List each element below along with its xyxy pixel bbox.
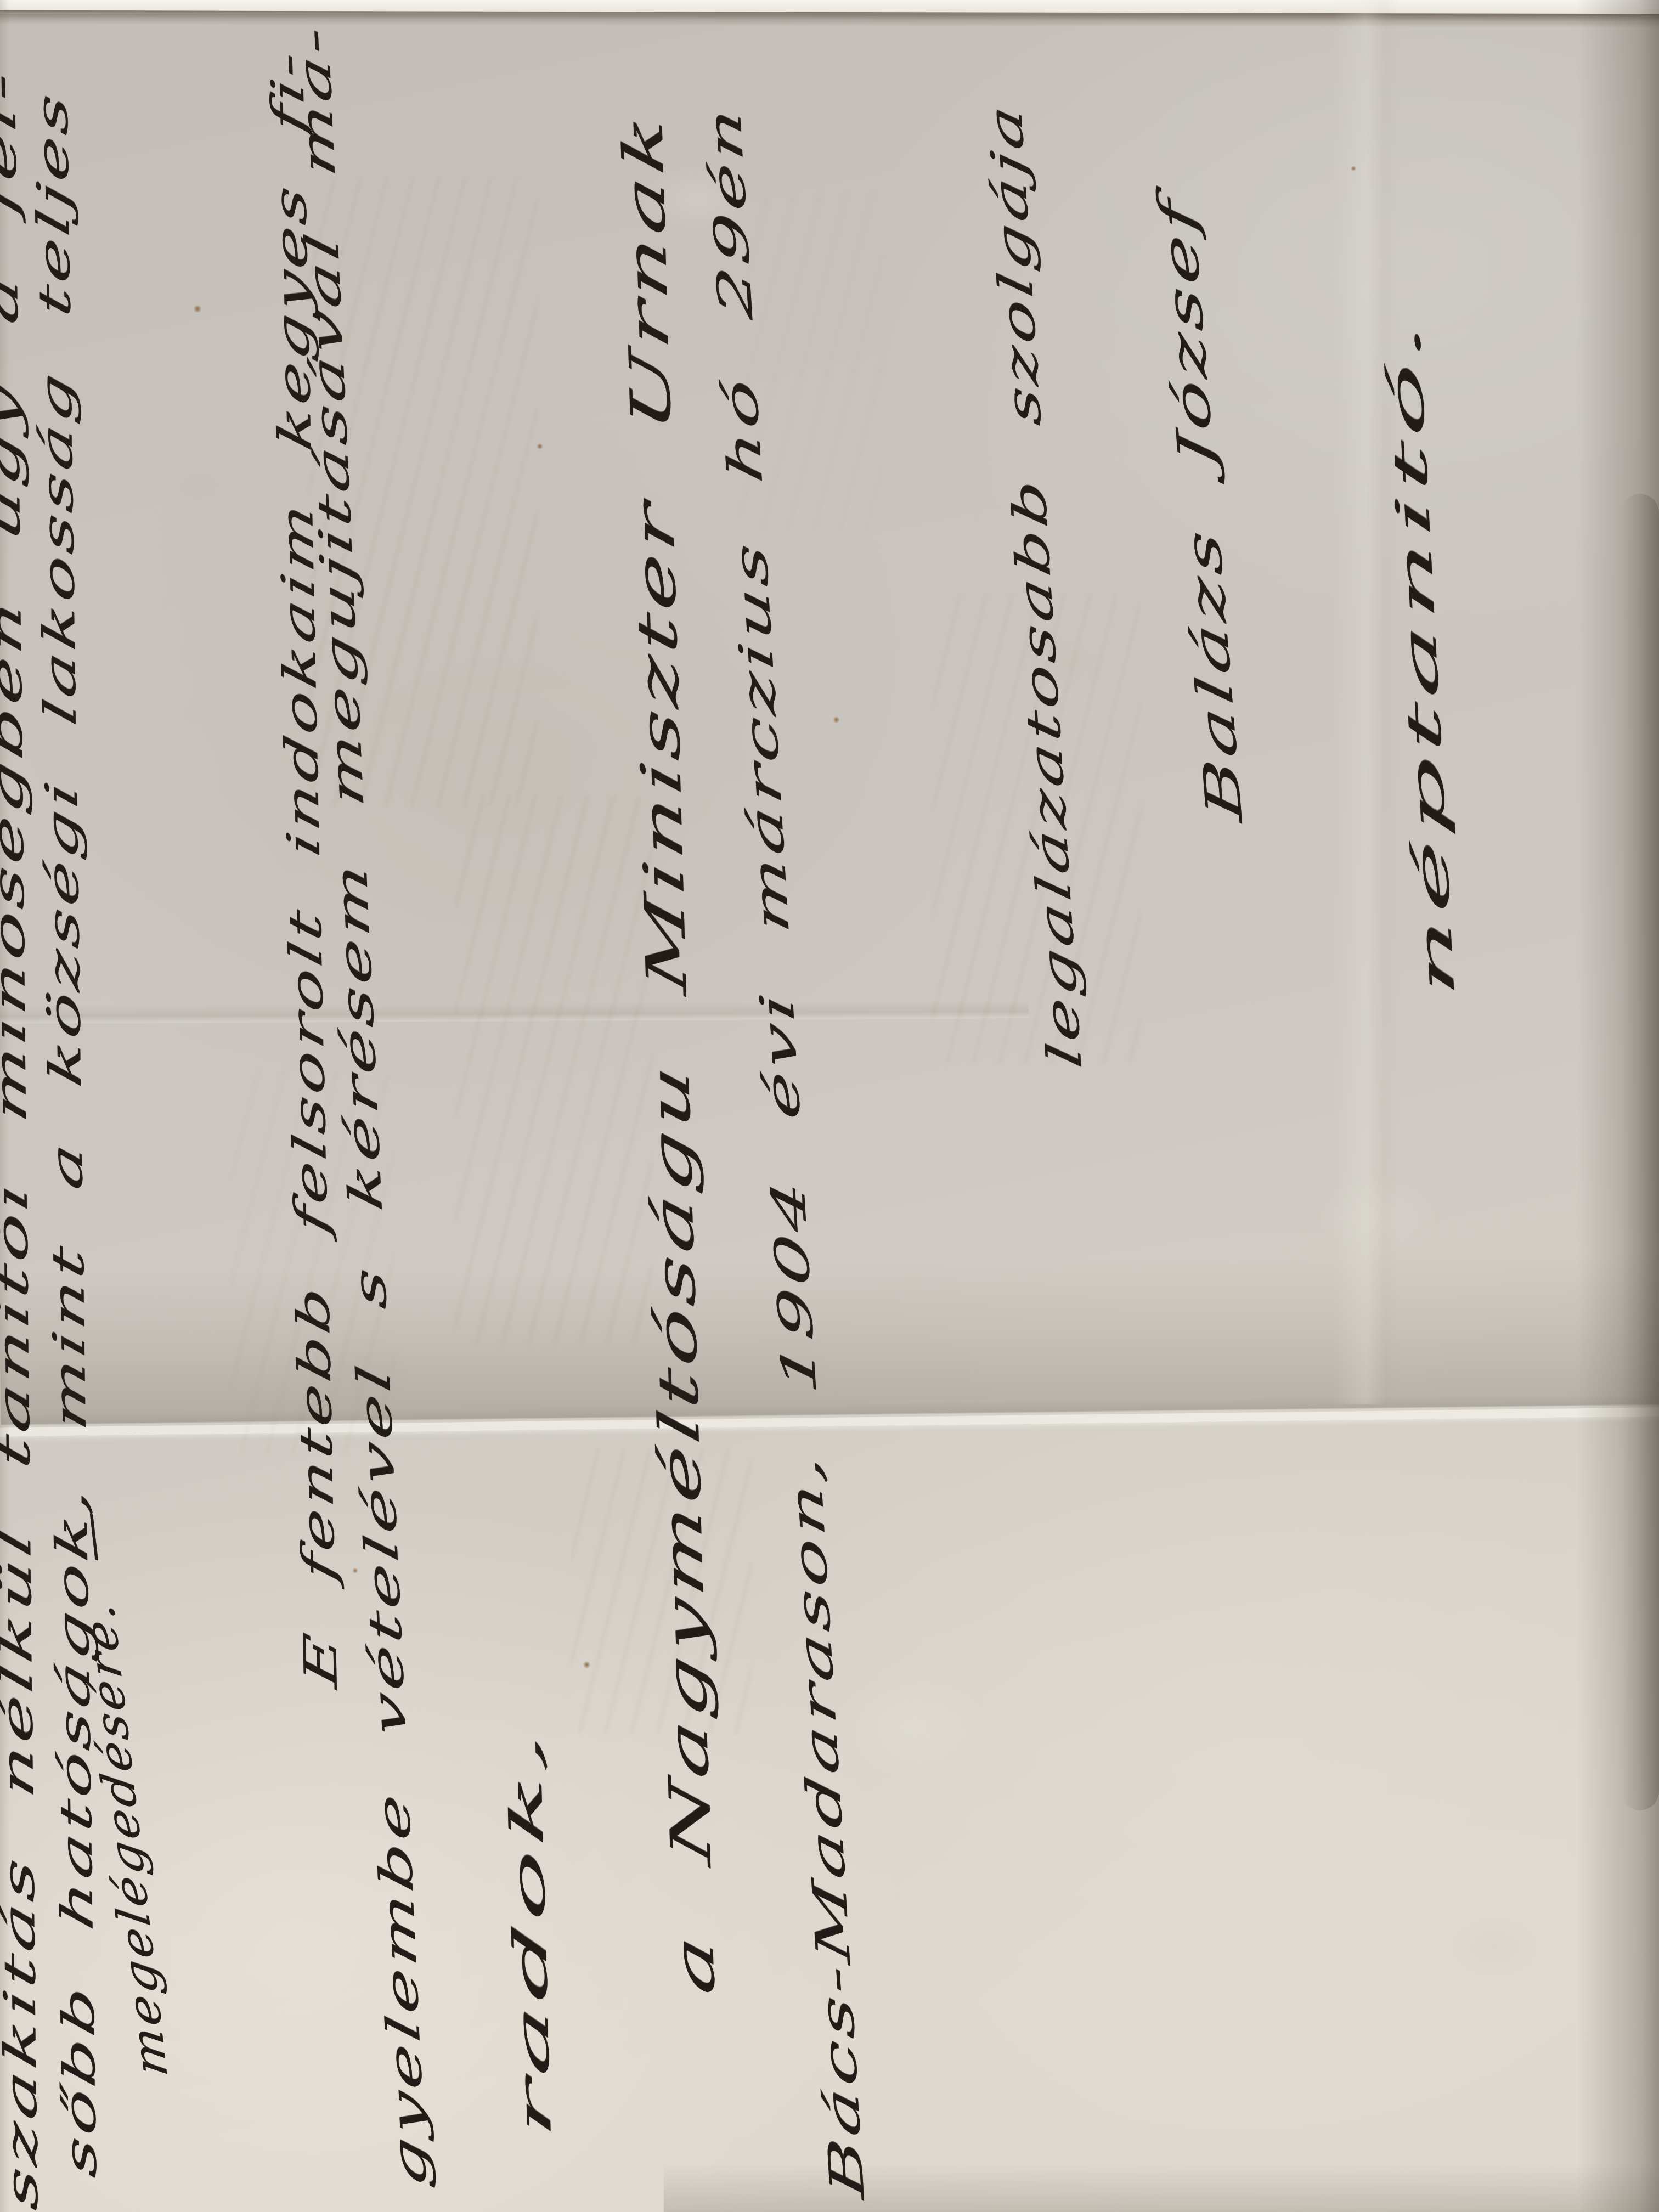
handwritten-line: a Nagyméltóságu Miniszter Urnak: [616, 105, 723, 1999]
handwritten-line: radok,: [503, 1720, 558, 2141]
handwritten-line: Bács-Madarason, 1904 évi márczius hó 29é…: [701, 100, 872, 2201]
handwritten-line: Balázs József: [1152, 193, 1250, 825]
letter-photo: szakitás nélkül tanitói minőségben ugy a…: [0, 0, 1659, 2212]
handwritten-text-layer: szakitás nélkül tanitói minőségben ugy a…: [0, 0, 1659, 2212]
handwritten-line: legalázatosabb szolgája: [981, 99, 1088, 1071]
handwritten-line: néptanitó.: [1379, 309, 1462, 1000]
